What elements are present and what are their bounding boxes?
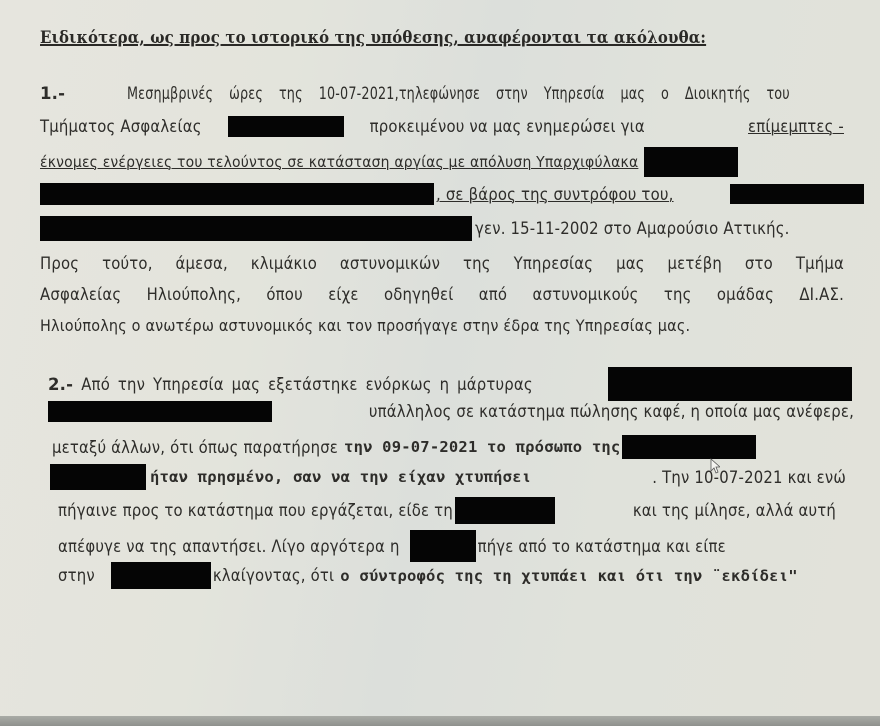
redaction-block (228, 116, 344, 137)
redaction-block (40, 216, 472, 241)
p1-text-1: Μεσημβρινές ώρες της 10-07-2021,τηλεφώνη… (127, 84, 790, 103)
p1-line-3: έκνομες ενέργειες του τελούντος σε κατάσ… (40, 147, 856, 177)
p2-line-5: πήγαινε προς το κατάστημα που εργάζεται,… (58, 497, 836, 524)
p1-line-6: Προς τούτο, άμεσα, κλιμάκιο αστυνομικών … (40, 254, 844, 273)
p2-text-7a: στην (58, 566, 95, 585)
p1-line-4: , σε βάρος της συντρόφου του, (40, 183, 864, 205)
p1-text-4: , σε βάρος της συντρόφου του, (436, 185, 674, 204)
p1-text-3: έκνομες ενέργειες του τελούντος σε κατάσ… (40, 153, 638, 171)
redaction-block (111, 562, 211, 589)
redaction-block (644, 147, 738, 177)
redaction-block (455, 497, 555, 524)
p2-text-4b: . Την 10-07-2021 και ενώ (652, 468, 846, 487)
p2-text-3b: την 09-07-2021 το πρόσωπο της (344, 438, 620, 456)
redaction-block (608, 367, 852, 401)
redaction-block (410, 530, 476, 562)
redaction-block (622, 435, 756, 459)
p1-number: 1.- (40, 84, 65, 103)
p2-text-6a: απέφυγε να της απαντήσει. Λίγο αργότερα … (58, 537, 400, 556)
redaction-block (40, 183, 434, 205)
redaction-block (48, 401, 272, 422)
screen-bottom-edge (0, 716, 880, 726)
p2-line-7: στην κλαίγοντας, ότι ο σύντροφός της τη … (58, 562, 836, 589)
p1-text-2c: επίμεμπτες - (748, 117, 844, 136)
p1-line-2: Τμήματος Ασφαλείας προκειμένου να μας εν… (40, 116, 844, 137)
p2-line-3: μεταξύ άλλων, ότι όπως παρατήρησε την 09… (52, 435, 756, 459)
p2-text-2: υπάλληλος σε κατάστημα πώλησης καφέ, η ο… (369, 402, 854, 421)
p1-text-2b: προκειμένου να μας ενημερώσει για (370, 117, 645, 136)
p1-line-7: Ασφαλείας Ηλιούπολης, όπου είχε οδηγηθεί… (40, 285, 844, 304)
p2-text-5a: πήγαινε προς το κατάστημα που εργάζεται,… (58, 501, 453, 520)
p2-number: 2.- (48, 375, 73, 394)
p2-text-7b: κλαίγοντας, ότι (213, 566, 334, 585)
redaction-block (730, 184, 864, 204)
section-heading: Ειδικότερα, ως προς το ιστορικό της υπόθ… (40, 28, 706, 48)
p2-text-3a: μεταξύ άλλων, ότι όπως παρατήρησε (52, 438, 338, 457)
p2-text-1: Από την Υπηρεσία μας εξετάστηκε ενόρκως … (81, 375, 533, 394)
p2-text-5b: και της μίλησε, αλλά αυτή (633, 501, 836, 520)
redaction-block (50, 464, 146, 490)
p2-line-1: 2.- Από την Υπηρεσία μας εξετάστηκε ενόρ… (48, 367, 852, 401)
p2-line-4: ήταν πρησμένο, σαν να την είχαν χτυπήσει… (50, 464, 846, 490)
mouse-cursor-icon (710, 458, 720, 474)
p2-text-4a: ήταν πρησμένο, σαν να την είχαν χτυπήσει (150, 468, 531, 486)
p1-text-2a: Τμήματος Ασφαλείας (40, 117, 202, 136)
p1-line-8: Ηλιούπολης ο ανωτέρω αστυνομικός και τον… (40, 316, 690, 335)
p1-text-5: γεν. 15-11-2002 στο Αμαρούσιο Αττικής. (475, 219, 790, 238)
p2-line-2: υπάλληλος σε κατάστημα πώλησης καφέ, η ο… (48, 401, 854, 422)
p1-line-1: 1.- Μεσημβρινές ώρες της 10-07-2021,τηλε… (40, 84, 844, 103)
p2-line-6: απέφυγε να της απαντήσει. Λίγο αργότερα … (58, 530, 836, 562)
p1-line-5: γεν. 15-11-2002 στο Αμαρούσιο Αττικής. (40, 216, 790, 241)
scanned-document-page: Ειδικότερα, ως προς το ιστορικό της υπόθ… (0, 0, 880, 726)
p2-text-7c: ο σύντροφός της τη χτυπάει και ότι την ¨… (340, 567, 798, 585)
p2-text-6b: πήγε από το κατάστημα και είπε (478, 537, 726, 556)
